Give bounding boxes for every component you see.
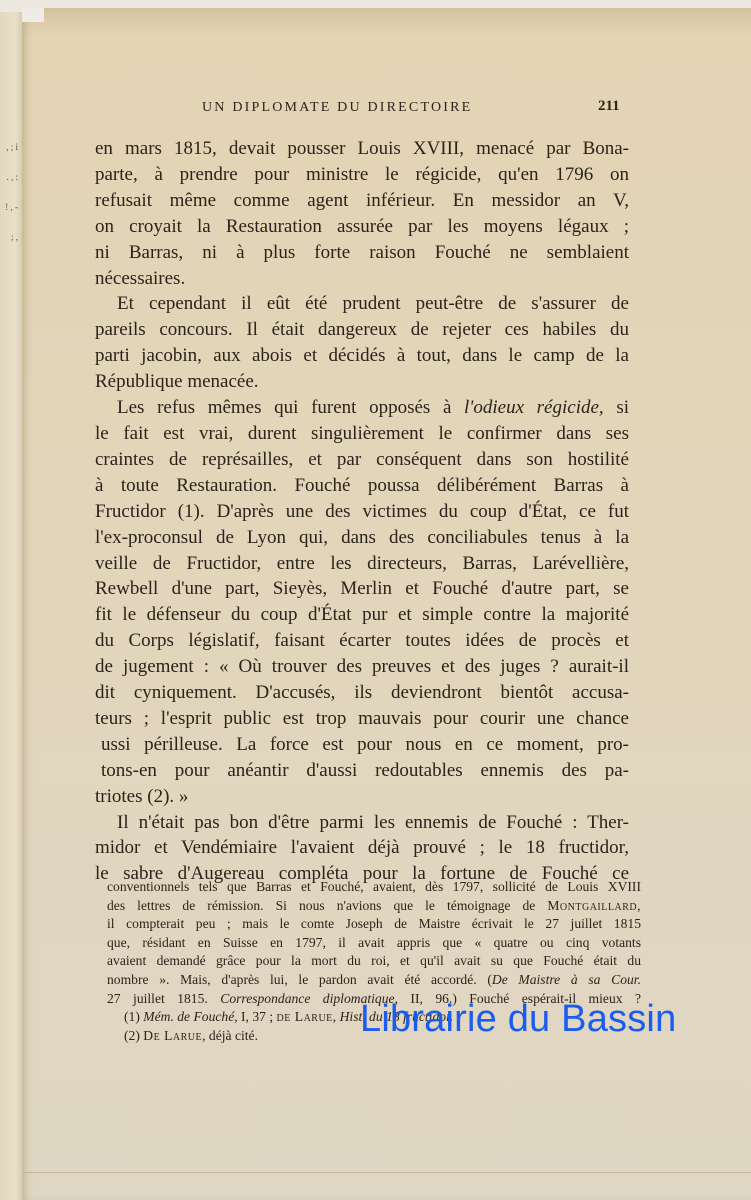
page-bottom-edge bbox=[22, 1172, 751, 1173]
body-line: fit le défenseur du coup d'État pur et s… bbox=[95, 602, 629, 628]
body-line: ussi périlleuse. La force est pour nous … bbox=[95, 732, 629, 758]
body-line: parti jacobin, aux abois et décidés à to… bbox=[95, 343, 629, 369]
body-line: triotes (2). » bbox=[95, 784, 629, 810]
footnote-line: que, résidant en Suisse en 1797, il avai… bbox=[107, 934, 641, 953]
watermark: Librairie du Bassin bbox=[360, 998, 676, 1041]
body-text: en mars 1815, devait pousser Louis XVIII… bbox=[95, 136, 629, 887]
author-smallcaps: Montgaillard, bbox=[547, 898, 641, 913]
body-line: à toute Restauration. Fouché poussa déli… bbox=[95, 473, 629, 499]
footnote-text: nombre ». Mais, d'après lui, le pardon a… bbox=[107, 972, 492, 987]
body-line: nécessaires. bbox=[95, 266, 629, 292]
italic-title: De Maistre à sa Cour. bbox=[492, 972, 641, 987]
footnote-text: , déjà cité. bbox=[202, 1028, 258, 1043]
footnote-line: des lettres de rémission. Si nous n'avio… bbox=[107, 897, 641, 916]
footnote-line: conventionnels tels que Barras et Fouché… bbox=[107, 878, 641, 897]
author-smallcaps: De Larue bbox=[143, 1028, 202, 1043]
italic-title: Mém. de Fouché bbox=[143, 1009, 234, 1024]
footnote-text: 27 juillet 1815. bbox=[107, 991, 220, 1006]
body-line-text: Les refus mêmes qui furent opposés à bbox=[117, 397, 464, 418]
body-line: de jugement : « Où trouver des preuves e… bbox=[95, 654, 629, 680]
body-line: du Corps législatif, faisant écarter tou… bbox=[95, 628, 629, 654]
body-line: Il n'était pas bon d'être parmi les enne… bbox=[95, 810, 629, 836]
author-smallcaps: de Larue bbox=[277, 1009, 333, 1024]
running-head: UN DIPLOMATE DU DIRECTOIRE bbox=[202, 100, 472, 116]
body-line: veille de Fructidor, entre les directeur… bbox=[95, 551, 629, 577]
footnote-ref: , I, 37 ; bbox=[234, 1009, 276, 1024]
body-line: Fructidor (1). D'après une des victimes … bbox=[95, 499, 629, 525]
body-line: tons-en pour anéantir d'aussi redoutable… bbox=[95, 758, 629, 784]
page-number: 211 bbox=[598, 98, 620, 115]
body-line: parte, à prendre pour ministre le régici… bbox=[95, 162, 629, 188]
previous-page-text-fragments: , ; i . , : ! , - ; , bbox=[2, 132, 18, 252]
page-corner bbox=[22, 8, 44, 22]
footnote-text: des lettres de rémission. Si nous n'avio… bbox=[107, 898, 547, 913]
body-line: Rewbell d'une part, Sieyès, Merlin et Fo… bbox=[95, 576, 629, 602]
body-line-tail: si bbox=[604, 397, 629, 418]
body-line-with-italic: Les refus mêmes qui furent opposés à l'o… bbox=[95, 395, 629, 421]
footnote-marker: (2) bbox=[124, 1028, 140, 1043]
footnote-line: avaient demandé grâce pour la mort du ro… bbox=[107, 952, 641, 971]
body-line: craintes de représailles, et par conséqu… bbox=[95, 447, 629, 473]
body-line: teurs ; l'esprit public est trop mauvais… bbox=[95, 706, 629, 732]
footnote-line: nombre ». Mais, d'après lui, le pardon a… bbox=[107, 971, 641, 990]
previous-page-edge: , ; i . , : ! , - ; , bbox=[0, 12, 22, 1200]
body-line: ni Barras, ni à plus forte raison Fouché… bbox=[95, 240, 629, 266]
body-line: Et cependant il eût été prudent peut-êtr… bbox=[95, 291, 629, 317]
body-line: on croyait la Restauration assurée par l… bbox=[95, 214, 629, 240]
body-line: refusait même comme agent inférieur. En … bbox=[95, 188, 629, 214]
body-line: le fait est vrai, durent singulièrement … bbox=[95, 421, 629, 447]
body-line: en mars 1815, devait pousser Louis XVIII… bbox=[95, 136, 629, 162]
body-line: République menacée. bbox=[95, 369, 629, 395]
footnote-line: il compterait peu ; mais le comte Joseph… bbox=[107, 915, 641, 934]
body-line: dit cyniquement. D'accusés, ils deviendr… bbox=[95, 680, 629, 706]
body-line: midor et Vendémiaire l'avaient déjà prou… bbox=[95, 835, 629, 861]
italic-phrase: l'odieux régicide, bbox=[464, 397, 604, 418]
body-line: l'ex-proconsul de Lyon qui, dans des con… bbox=[95, 525, 629, 551]
body-line: pareils concours. Il était dangereux de … bbox=[95, 317, 629, 343]
footnote-marker: (1) bbox=[124, 1009, 140, 1024]
